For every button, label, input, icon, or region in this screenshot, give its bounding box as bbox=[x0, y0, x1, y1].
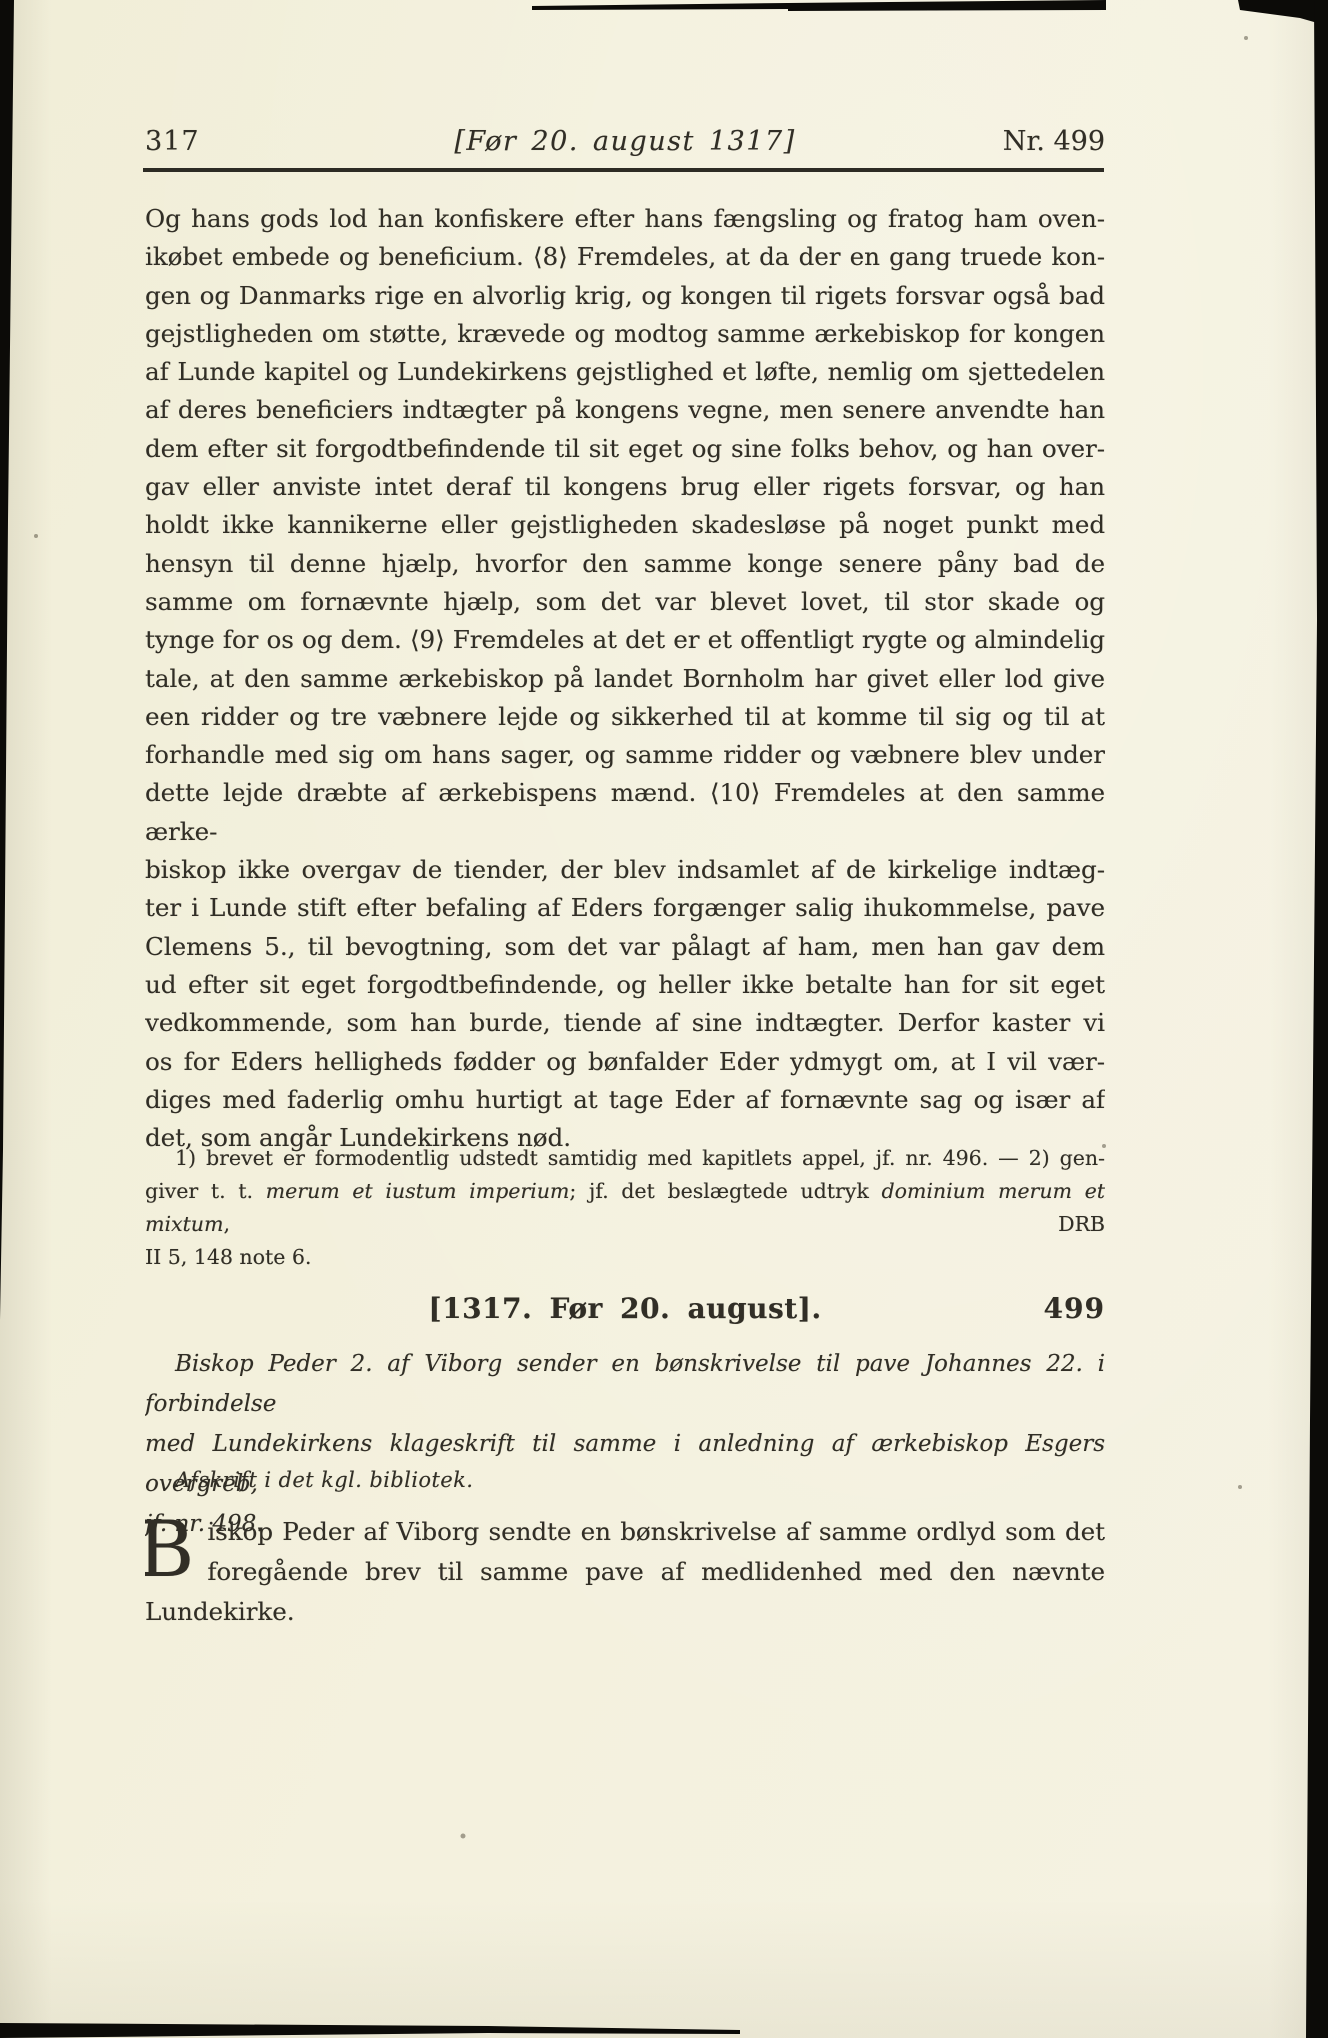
entry-499-heading-row: [1317. Før 20. august]. 499 bbox=[145, 1292, 1105, 1332]
footnote: 1) brevet er formodentlig udstedt samtid… bbox=[145, 1142, 1105, 1274]
page-number: 317 bbox=[145, 126, 200, 157]
entry-number: 499 bbox=[1044, 1292, 1105, 1325]
entry-body: B iskop Peder af Viborg sendte en bønskr… bbox=[145, 1512, 1105, 1632]
drop-cap-initial: B bbox=[145, 1512, 207, 1591]
header-rule bbox=[143, 168, 1104, 172]
header-entry-number: Nr. 499 bbox=[1003, 126, 1105, 157]
page-header: 317 [Før 20. august 1317] Nr. 499 bbox=[145, 126, 1105, 166]
source-note: Afskrift i det kgl. bibliotek. bbox=[175, 1468, 473, 1492]
entry-498-continuation-text: Og hans gods lod han konfiskere efter ha… bbox=[145, 200, 1105, 1157]
book-page: 317 [Før 20. august 1317] Nr. 499 Og han… bbox=[0, 0, 1328, 2038]
entry-body-text: iskop Peder af Viborg sendte en bønskriv… bbox=[145, 1512, 1105, 1632]
entry-date-heading: [1317. Før 20. august]. bbox=[145, 1292, 1105, 1325]
running-title: [Før 20. august 1317] bbox=[454, 126, 795, 157]
